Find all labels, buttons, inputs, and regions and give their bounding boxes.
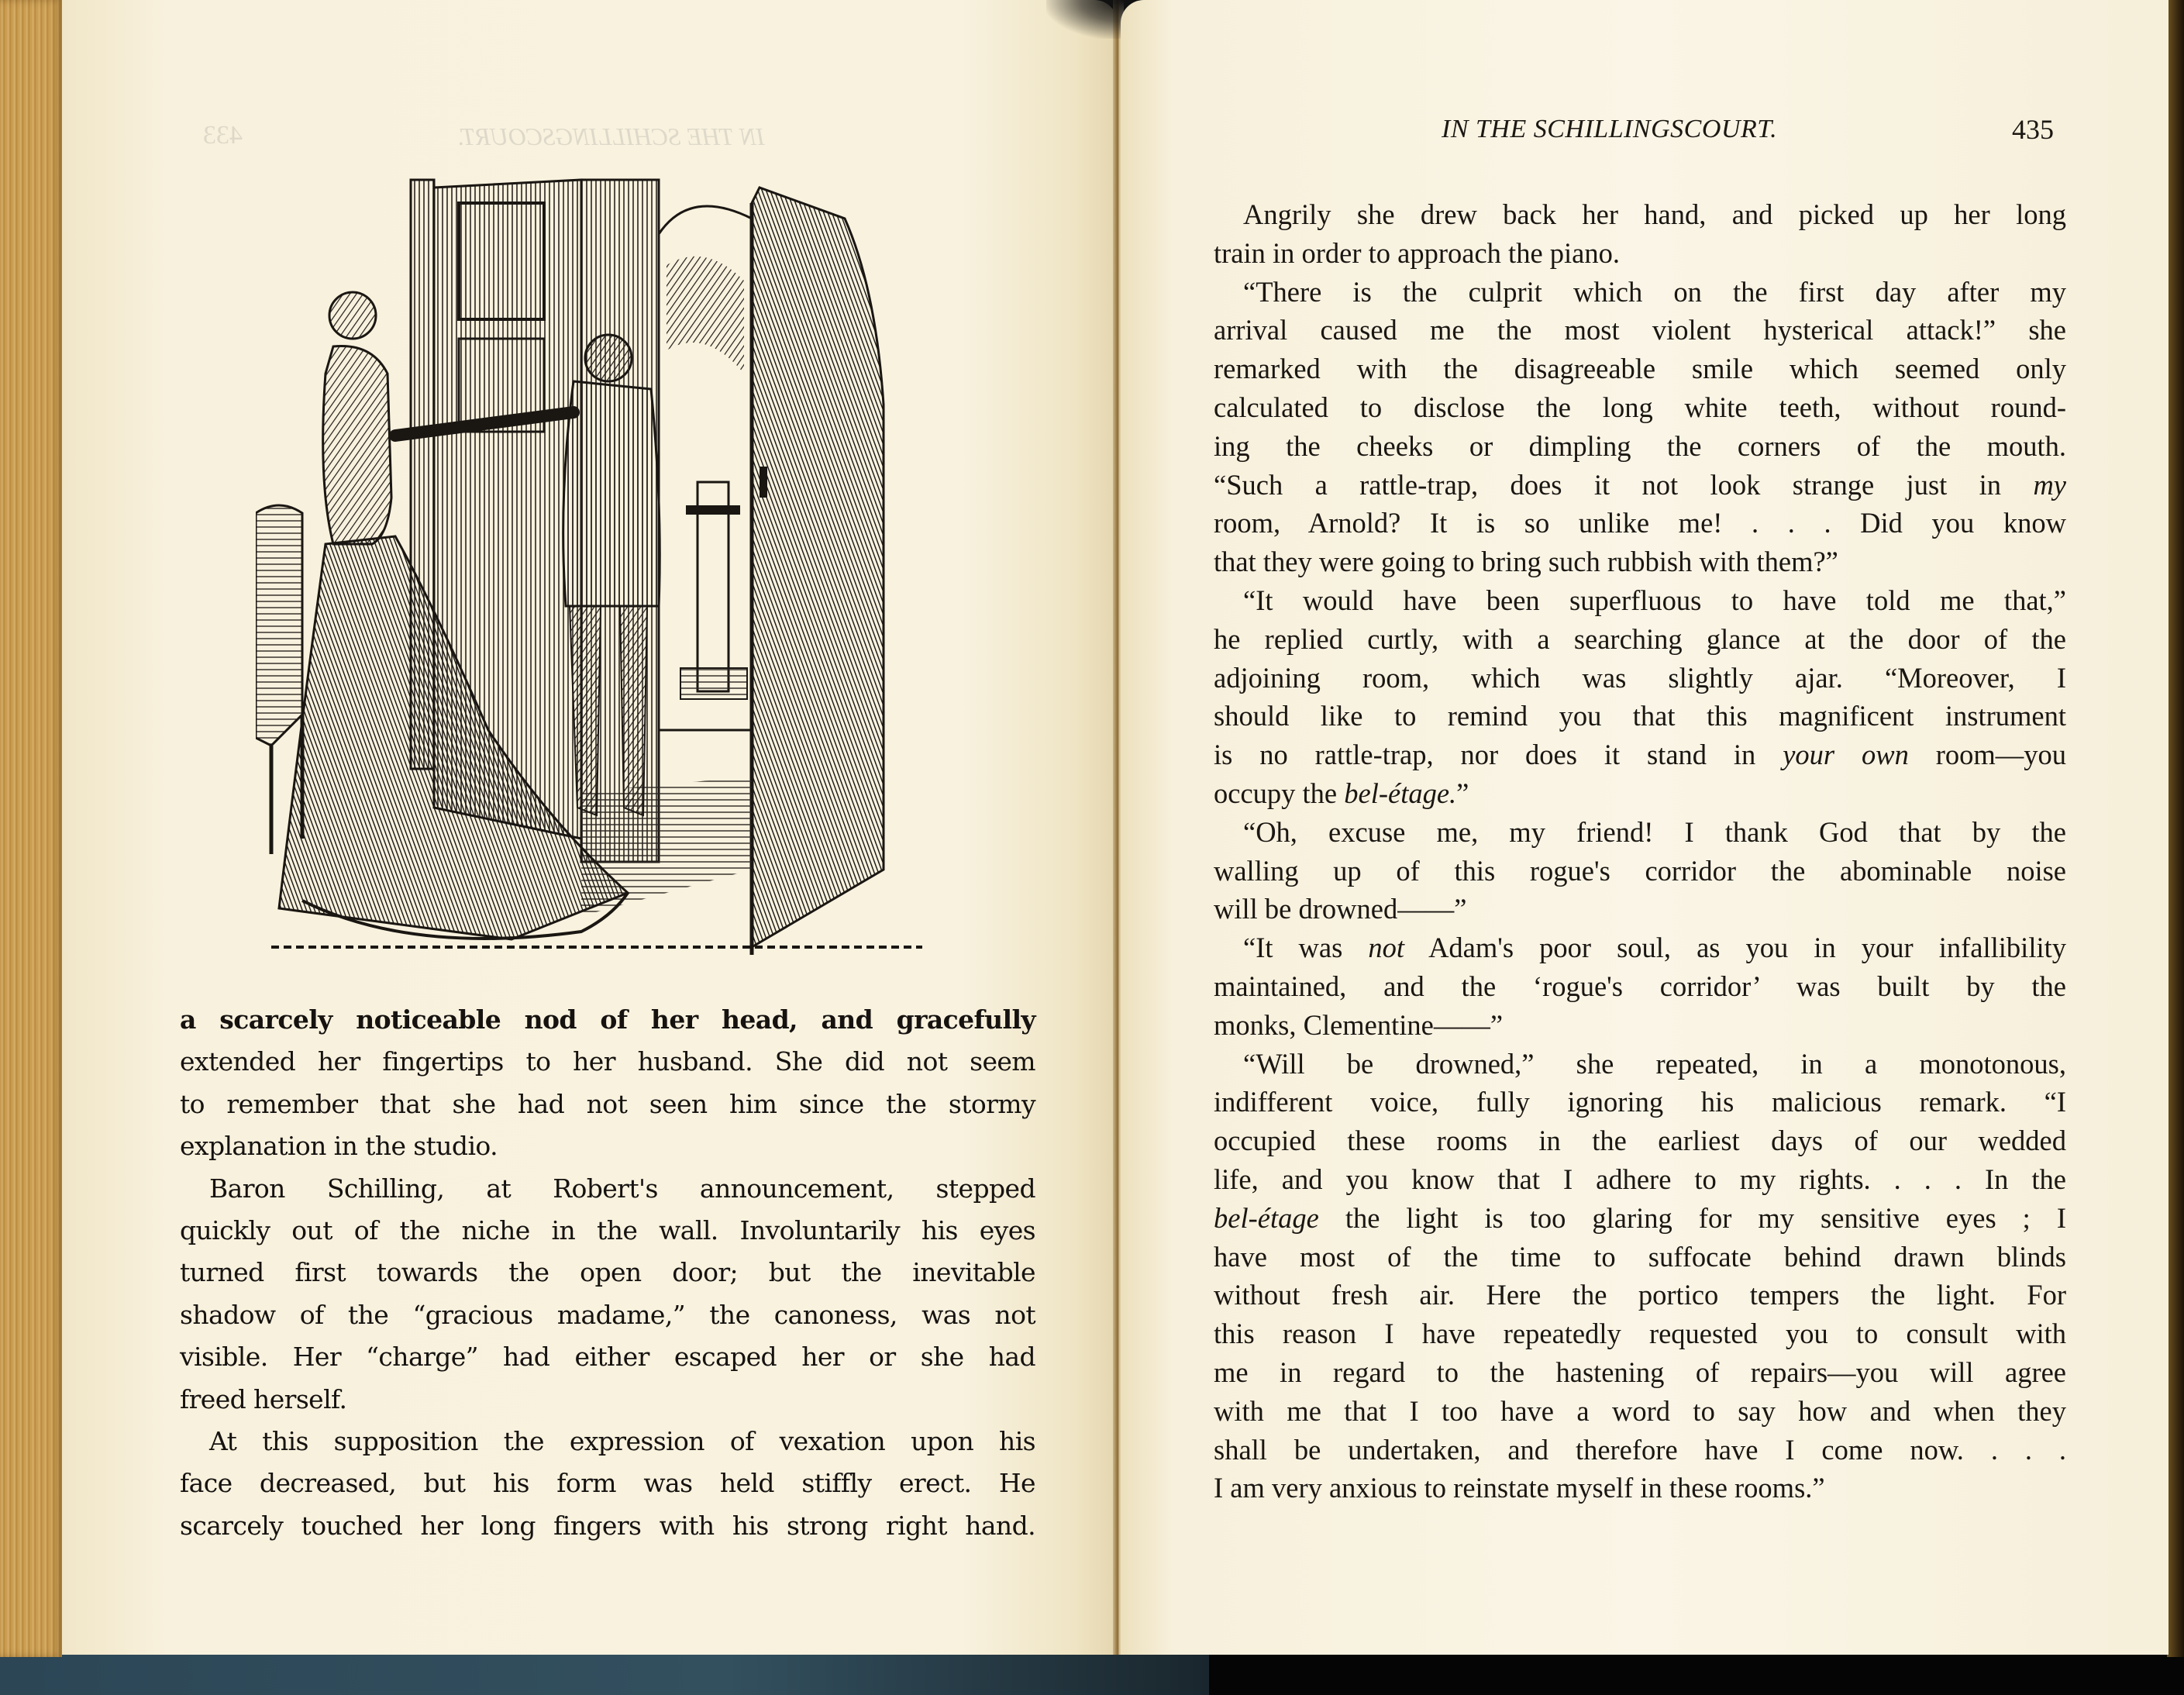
text-line: “Will be drowned,” she repeated, in a mo… (1214, 1045, 2066, 1083)
text-line: train in order to approach the piano. (1214, 234, 2066, 273)
text-line: ing the cheeks or dimpling the corners o… (1214, 427, 2066, 466)
text-line: that they were going to bring such rubbi… (1214, 543, 2066, 581)
text-line: calculated to disclose the long white te… (1214, 388, 2066, 427)
page-stack-edge-left (0, 0, 62, 1657)
text-line: will be drowned——” (1214, 890, 2066, 928)
text-run: “Such a rattle-trap, does it not look st… (1214, 469, 2033, 501)
text-line: occupied these rooms in the earliest day… (1214, 1121, 2066, 1160)
text-line: arrival caused me the most violent hyste… (1214, 311, 2066, 350)
left-page-text: a scarcely noticeable nod of her head, a… (180, 999, 1035, 1547)
text-line: this reason I have repeatedly requested … (1214, 1314, 2066, 1353)
text-line: Angrily she drew back her hand, and pick… (1214, 195, 2066, 234)
text-run: ” (1456, 777, 1469, 809)
text-line: room, Arnold? It is so unlike me! . . . … (1214, 504, 2066, 543)
text-line: indifferent voice, fully ignoring his ma… (1214, 1083, 2066, 1121)
text-line-with-italic: “Such a rattle-trap, does it not look st… (1214, 466, 2066, 505)
page-number: 435 (2012, 113, 2054, 146)
text-line: “There is the culprit which on the first… (1214, 273, 2066, 312)
text-line: scarcely touched her long fingers with h… (180, 1505, 1035, 1547)
text-run: Adam's poor soul, as you in your infalli… (1404, 932, 2066, 963)
text-line: have most of the time to suffocate behin… (1214, 1238, 2066, 1276)
text-line: should like to remind you that this magn… (1214, 697, 2066, 736)
text-line-with-italic: “It was not Adam's poor soul, as you in … (1214, 928, 2066, 967)
text-line: At this supposition the expression of ve… (180, 1421, 1035, 1462)
text-line: me in regard to the hastening of repairs… (1214, 1353, 2066, 1392)
text-line: remarked with the disagreeable smile whi… (1214, 350, 2066, 388)
text-line: without fresh air. Here the portico temp… (1214, 1276, 2066, 1314)
text-line: “It would have been superfluous to have … (1214, 581, 2066, 620)
illustration-drawing (256, 172, 965, 978)
text-line-with-italic: occupy the bel-étage.” (1214, 774, 2066, 813)
right-page-text: Angrily she drew back her hand, and pick… (1214, 195, 2066, 1507)
text-run: “It was (1243, 932, 1368, 963)
text-line: he replied curtly, with a searching glan… (1214, 620, 2066, 659)
text-line: a scarcely noticeable nod of her head, a… (180, 999, 1035, 1041)
text-line: quickly out of the niche in the wall. In… (180, 1210, 1035, 1252)
cover-edge-right (2167, 0, 2184, 1657)
text-line: explanation in the studio. (180, 1125, 1035, 1167)
background-surface (0, 1651, 1209, 1695)
text-line: visible. Her “charge” had either escaped… (180, 1336, 1035, 1378)
text-line: life, and you know that I adhere to my r… (1214, 1160, 2066, 1199)
text-run: occupy the (1214, 777, 1344, 809)
text-line-with-italic: is no rattle-trap, nor does it stand in … (1214, 736, 2066, 774)
text-line: face decreased, but his form was held st… (180, 1462, 1035, 1504)
text-run: room—you (1909, 739, 2066, 770)
text-line: shall be undertaken, and therefore have … (1214, 1431, 2066, 1469)
text-run: the light is too glaring for my sensitiv… (1319, 1202, 2066, 1234)
italic-emphasis: your own (1783, 739, 1909, 770)
text-line: “Oh, excuse me, my friend! I thank God t… (1214, 813, 2066, 852)
ghost-page-number: 433 (203, 121, 243, 150)
italic-emphasis: not (1368, 932, 1404, 963)
italic-emphasis: my (2033, 469, 2066, 501)
text-line: Baron Schilling, at Robert's announcemen… (180, 1168, 1035, 1210)
italic-emphasis: bel-étage (1214, 1202, 1319, 1234)
text-line: with me that I too have a word to say ho… (1214, 1392, 2066, 1431)
text-line: freed herself. (180, 1379, 1035, 1421)
text-line: turned first towards the open door; but … (180, 1252, 1035, 1294)
italic-emphasis: bel-étage. (1344, 777, 1456, 809)
text-line: adjoining room, which was slightly ajar.… (1214, 659, 2066, 698)
text-line: maintained, and the ‘rogue's corridor’ w… (1214, 967, 2066, 1006)
ghost-running-head: IN THE SCHILLINGSCOURT. (457, 122, 765, 151)
text-run: is no rattle-trap, nor does it stand in (1214, 739, 1783, 770)
text-line: monks, Clementine——” (1214, 1006, 2066, 1045)
text-line: extended her fingertips to her husband. … (180, 1041, 1035, 1083)
text-line: I am very anxious to reinstate myself in… (1214, 1469, 2066, 1507)
text-line-with-italic: bel-étage the light is too glaring for m… (1214, 1199, 2066, 1238)
text-line: to remember that she had not seen him si… (180, 1083, 1035, 1125)
engraving-illustration (256, 172, 965, 978)
text-line: walling up of this rogue's corridor the … (1214, 852, 2066, 891)
text-line: shadow of the “gracious madame,” the can… (180, 1294, 1035, 1336)
background-shadow (1209, 1651, 2184, 1695)
running-head: IN THE SCHILLINGSCOURT. (1442, 115, 1845, 144)
